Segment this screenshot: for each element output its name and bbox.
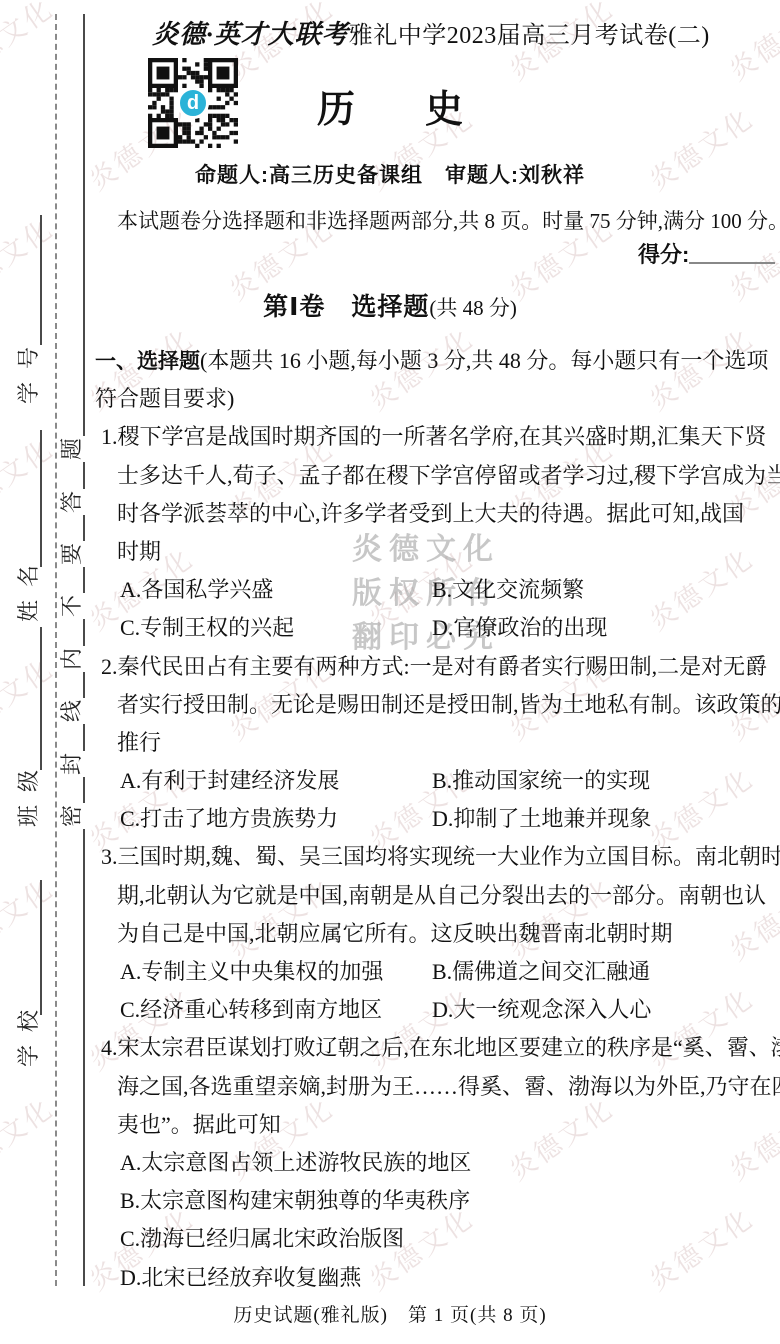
- field-label-char: 学: [16, 380, 42, 406]
- seal-line-char: 线: [59, 698, 85, 724]
- question-1-line-2: 士多达千人,荀子、孟子都在稷下学宫停留或者学习过,稷下学宫成为当: [95, 457, 771, 495]
- mc-intro-rest: (本题共 16 小题,每小题 3 分,共 48 分。每小题只有一个选项: [200, 348, 768, 373]
- diagonal-watermark: 炎德文化: [0, 427, 60, 528]
- answer-option: C.专制王权的兴起: [120, 609, 432, 647]
- seal-line-char: 答: [59, 489, 85, 515]
- answer-option: C.渤海已经归属北宋政治版图: [120, 1226, 404, 1251]
- seal-dotted-line: [55, 14, 57, 1286]
- answer-option: A.有利于封建经济发展: [120, 762, 432, 800]
- question-1-options-row-1: A.各国私学兴盛B.文化交流频繁: [95, 571, 771, 609]
- question-3-line-1: 3.三国时期,魏、蜀、吴三国均将实现统一大业作为立国目标。南北朝时: [95, 838, 771, 876]
- subject-title: 历史: [0, 78, 780, 133]
- score-blank: [689, 242, 775, 264]
- field-label-char: 名: [16, 563, 42, 589]
- question-3-options-row-1: A.专制主义中央集权的加强B.儒佛道之间交汇融通: [95, 953, 771, 991]
- exam-page: 炎德文化炎德文化炎德文化炎德文化炎德文化炎德文化炎德文化炎德文化炎德文化炎德文化…: [0, 0, 780, 1344]
- seal-line-char: 要: [59, 541, 85, 567]
- field-blank-line: [40, 215, 42, 345]
- subject-char-1: 历: [317, 89, 355, 131]
- question-4-options-row-3: C.渤海已经归属北宋政治版图: [95, 1220, 771, 1258]
- diagonal-watermark: 炎德文化: [0, 0, 60, 88]
- field-label-char: 班: [16, 803, 42, 829]
- answer-option: A.各国私学兴盛: [120, 571, 432, 609]
- answer-option: D.抑制了土地兼并现象: [432, 806, 651, 831]
- answer-option: D.官僚政治的出现: [432, 615, 607, 640]
- question-2-line-3: 推行: [95, 724, 771, 762]
- question-1-line-1: 1.稷下学宫是战国时期齐国的一所著名学府,在其兴盛时期,汇集天下贤: [95, 418, 771, 456]
- section-title: 第Ⅰ卷 选择题: [263, 293, 429, 321]
- diagonal-watermark: 炎德文化: [0, 867, 60, 968]
- mc-intro-line-2: 符合题目要求): [95, 380, 771, 418]
- questions-area: 一、选择题(本题共 16 小题,每小题 3 分,共 48 分。每小题只有一个选项…: [95, 342, 771, 1297]
- exam-instructions: 本试题卷分选择题和非选择题两部分,共 8 页。时量 75 分钟,满分 100 分…: [117, 205, 780, 235]
- question-3-line-2: 期,北朝认为它就是中国,南朝是从自己分裂出去的一部分。南朝也认: [95, 877, 771, 915]
- footer-page-info: 历史试题(雅礼版) 第 1 页(共 8 页): [0, 1300, 780, 1327]
- section-heading: 第Ⅰ卷 选择题(共 48 分): [0, 287, 780, 323]
- answer-option: C.打击了地方贵族势力: [120, 800, 432, 838]
- question-4-line-2: 海之国,各选重望亲嫡,封册为王……得奚、霫、渤海以为外臣,乃守在四: [95, 1068, 771, 1106]
- answer-option: B.推动国家统一的实现: [432, 768, 650, 793]
- answer-option: B.太宗意图构建宋朝独尊的华夷秩序: [120, 1188, 470, 1213]
- question-4-line-1: 4.宋太宗君臣谋划打败辽朝之后,在东北地区要建立的秩序是“奚、霫、渤: [95, 1029, 771, 1067]
- field-label-char: 姓: [16, 598, 42, 624]
- field-label-char: 号: [16, 345, 42, 371]
- mc-intro-label: 一、选择题: [95, 350, 200, 373]
- answer-option: C.经济重心转移到南方地区: [120, 991, 432, 1029]
- question-3-line-3: 为自己是中国,北朝应属它所有。这反映出魏晋南北朝时期: [95, 915, 771, 953]
- seal-line-char: 封: [59, 751, 85, 777]
- question-4-options-row-1: A.太宗意图占领上述游牧民族的地区: [95, 1144, 771, 1182]
- exam-title: 雅礼中学2023届高三月考试卷(二): [349, 23, 710, 49]
- question-1-line-3: 时各学派荟萃的中心,许多学者受到上大夫的待遇。据此可知,战国: [95, 495, 771, 533]
- subject-char-2: 史: [425, 89, 463, 131]
- question-4-options-row-2: B.太宗意图构建宋朝独尊的华夷秩序: [95, 1182, 771, 1220]
- seal-line-char: 内: [59, 646, 85, 672]
- diagonal-watermark: 炎德文化: [0, 1087, 60, 1188]
- section-score-note: (共 48 分): [429, 296, 517, 320]
- field-label-char: 校: [16, 1008, 42, 1034]
- field-blank-line: [40, 627, 42, 770]
- field-blank-line: [40, 880, 42, 1015]
- answer-option: B.儒佛道之间交汇融通: [432, 959, 650, 984]
- brand-logotype: 炎德·英才大联考: [152, 20, 349, 49]
- question-2-line-2: 者实行授田制。无论是赐田制还是授田制,皆为土地私有制。该政策的: [95, 686, 771, 724]
- seal-line-char: 题: [59, 436, 85, 462]
- answer-option: D.北宋已经放弃收复幽燕: [120, 1265, 361, 1290]
- seal-line-char: 不: [59, 593, 85, 619]
- question-2-options-row-2: C.打击了地方贵族势力D.抑制了土地兼并现象: [95, 800, 771, 838]
- question-2-line-1: 2.秦代民田占有主要有两种方式:一是对有爵者实行赐田制,二是对无爵: [95, 648, 771, 686]
- mc-intro-line-1: 一、选择题(本题共 16 小题,每小题 3 分,共 48 分。每小题只有一个选项: [95, 342, 771, 380]
- exam-header: 炎德·英才大联考雅礼中学2023届高三月考试卷(二): [96, 14, 766, 51]
- field-blank-line: [40, 430, 42, 567]
- question-1-line-4: 时期: [95, 533, 771, 571]
- question-3-options-row-2: C.经济重心转移到南方地区D.大一统观念深入人心: [95, 991, 771, 1029]
- score-label: 得分:: [638, 242, 689, 267]
- question-2-options-row-1: A.有利于封建经济发展B.推动国家统一的实现: [95, 762, 771, 800]
- question-4-options-row-4: D.北宋已经放弃收复幽燕: [95, 1259, 771, 1297]
- seal-line-char: 密: [59, 803, 85, 829]
- setters-line: 命题人:高三历史备课组 审题人:刘秋祥: [0, 159, 780, 189]
- answer-option: A.专制主义中央集权的加强: [120, 953, 432, 991]
- question-1-options-row-2: C.专制王权的兴起D.官僚政治的出现: [95, 609, 771, 647]
- score-line: 得分:: [638, 238, 775, 269]
- answer-option: D.大一统观念深入人心: [432, 997, 651, 1022]
- field-label-char: 级: [16, 768, 42, 794]
- question-4-line-3: 夷也”。据此可知: [95, 1106, 771, 1144]
- field-label-char: 学: [16, 1043, 42, 1069]
- answer-option: B.文化交流频繁: [432, 577, 584, 602]
- answer-option: A.太宗意图占领上述游牧民族的地区: [120, 1150, 471, 1175]
- diagonal-watermark: 炎德文化: [0, 647, 60, 748]
